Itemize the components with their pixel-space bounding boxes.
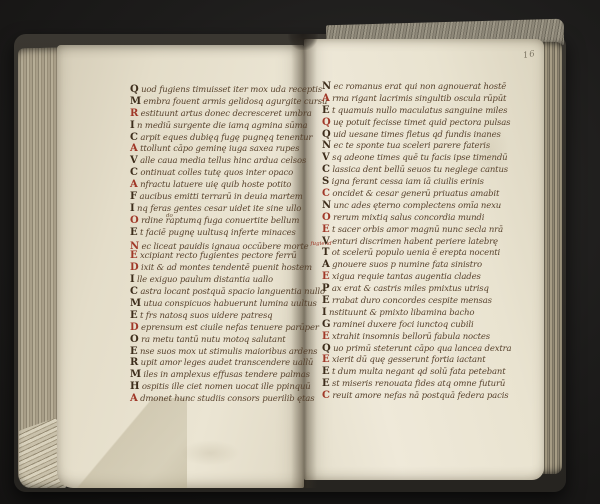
line-text: astra locant postquā spacio languentia n… (140, 287, 325, 297)
line-text: unc ades ęterno complectens omīa nexu (334, 201, 502, 211)
line-text: t sacer orbis amor magnū nunc secla nrā (332, 225, 503, 235)
line-text: embra fouent armis gelidosq agurgite cur… (143, 97, 327, 107)
line-text: iles in amplexus effusas tendere palmas (143, 370, 309, 380)
manuscript-line: Mutua conspicuos habuerunt lumina uultus (130, 298, 332, 310)
line-initial: E (130, 346, 137, 357)
manuscript-line: Carpit eques dubięq fugę pugnęq tenentur (130, 132, 332, 144)
line-text: xigua requie tantas augentia clades (332, 272, 481, 282)
manuscript-line: Est miseris renouata fides atq omne futu… (322, 378, 511, 390)
manuscript-line: Attollunt cāpo geminę iuga saxea rupes (130, 143, 332, 155)
manuscript-line: Nec romanus erat qui non agnouerat hostē (322, 81, 511, 93)
line-text: n mediū surgente die iamq agmina sūma (137, 121, 307, 131)
line-initial: R (130, 108, 138, 119)
line-text: gnouere suos p numine fata sinistro (332, 260, 482, 270)
line-text: t dum multa negant qd solū fata petebant (332, 367, 506, 377)
line-initial: N (322, 140, 331, 151)
line-text: nse suos mox ut stimulis maioribus arden… (140, 347, 317, 357)
line-initial: C (130, 132, 138, 143)
line-initial: I (322, 307, 327, 318)
manuscript-line: Classica dent bellū seuos tu neglege can… (322, 164, 511, 176)
line-initial: I (130, 274, 135, 285)
line-initial: V (322, 152, 330, 163)
line-initial: V (322, 236, 330, 247)
manuscript-line: In mediū surgente die iamq agmina sūma (130, 120, 332, 132)
manuscript-line: Dixit & ad montes tendentē puenit hostem (130, 262, 332, 274)
line-initial: C (130, 286, 138, 297)
manuscript-line: Instituunt & pmixto libamina bacho (322, 307, 511, 319)
line-initial: G (322, 319, 330, 330)
line-initial: E (322, 378, 329, 389)
line-initial: E (322, 271, 329, 282)
line-text: ra metu tantū nutu motoq salutant (141, 335, 286, 345)
line-initial: A (322, 259, 330, 270)
line-text: upit amor leges audet transcendere uallū (141, 358, 314, 368)
line-text: rerum mixtiq salus concordia mundi (333, 213, 484, 223)
line-text: ec romanus erat qui non agnouerat hostē (334, 82, 507, 92)
line-initial: P (322, 283, 329, 294)
line-initial: A (130, 143, 138, 154)
line-text: uo primū steterunt cāpo qua lancea dextr… (333, 344, 511, 354)
line-initial: E (130, 227, 137, 238)
manuscript-line: Agnouere suos p numine fata sinistro (322, 259, 511, 271)
line-text: lle exiguo paulum distantia uallo (137, 275, 273, 285)
manuscript-photo: Quod fugiens timuisset iter mox uda rece… (0, 0, 600, 504)
manuscript-line: Signa ferant cessa iam iā ciuilis erinis (322, 176, 511, 188)
manuscript-line: Quid uesane times fletus qd fundis inane… (322, 129, 511, 141)
manuscript-line: Continuat colles tutę quos inter opaco (130, 167, 332, 179)
manuscript-line: Admonet hunc studiis consors puerilib ęt… (130, 393, 332, 405)
line-initial: O (130, 334, 139, 345)
line-text: nfractu latuere uię quib hoste potito (140, 180, 291, 190)
line-initial: C (322, 188, 330, 199)
line-text: sq adeone times quē tu facis ipse timend… (332, 153, 507, 163)
line-initial: D (130, 322, 139, 333)
manuscript-line: Deprensum est ciuile nefas tenuere parūp… (130, 322, 332, 334)
line-text: xierit dū quę gesserunt fortia iactant (332, 355, 486, 365)
line-text: rdine raptumq fuga conuertite bellum (141, 216, 299, 226)
line-text: ontinuat colles tutę quos inter opaco (140, 168, 293, 178)
line-initial: M (130, 369, 141, 380)
manuscript-line: Membra fouent armis gelidosq agurgite cu… (130, 96, 332, 108)
line-text: reuit amore nefas nā postquā federa paci… (332, 391, 508, 401)
line-text: utua conspicuos habuerunt lumina uultus (143, 299, 316, 309)
manuscript-line: Venturi discrimen habent periere latebrę (322, 236, 511, 248)
line-text: st miseris renouata fides atq omne futur… (332, 379, 505, 389)
manuscript-line: Extrahit insomnis bellorū fabula noctes (322, 331, 511, 343)
line-text: uę potuit fecisse timet quid pectora pul… (333, 118, 510, 128)
line-text: oncidet & cesar generū priuatus amabit (332, 189, 499, 199)
manuscript-line: Et frs natosq suos uidere patresq (130, 310, 332, 322)
manuscript-line: Anfractu latuere uię quib hoste potito (130, 179, 332, 191)
line-initial: I (130, 203, 135, 214)
line-text: ixit & ad montes tendentē puenit hostem (141, 263, 312, 273)
line-initial: E (322, 224, 329, 235)
line-initial: Q (322, 343, 331, 354)
manuscript-line: Valle caua media tellus hinc ardua celso… (130, 155, 332, 167)
interlinear-gloss: do (166, 211, 173, 223)
manuscript-line: Creuit amore nefas nā postquā federa pac… (322, 390, 511, 402)
line-text: xtrahit insomnis bellorū fabula noctes (332, 332, 490, 342)
manuscript-line: Ille exiguo paulum distantia uallo (130, 274, 332, 286)
line-initial: I (130, 120, 135, 131)
line-initial: E (130, 250, 137, 261)
line-initial: E (322, 295, 329, 306)
line-initial: H (130, 381, 139, 392)
line-text: aucibus emitti terrarū in deuia martem (139, 192, 302, 202)
manuscript-line: Vsq adeone times quē tu facis ipse timen… (322, 152, 511, 164)
manuscript-line: Exigua requie tantas augentia clades (322, 271, 511, 283)
manuscript-line: Quod fugiens timuisset iter mox uda rece… (130, 84, 332, 96)
line-text: nstituunt & pmixto libamina bacho (329, 308, 474, 318)
line-text: t quamuis nullo maculatus sanguine miles (332, 106, 507, 116)
line-initial: E (322, 366, 329, 377)
right-page-stack-edge (543, 42, 562, 474)
line-initial: D (130, 262, 139, 273)
line-initial: E (322, 354, 329, 365)
line-initial: O (322, 212, 331, 223)
right-page-text-column: Nec romanus erat qui non agnouerat hostē… (322, 81, 511, 402)
manuscript-line: Pax erat & castris miles pmixtus utrisq (322, 283, 511, 295)
manuscript-line: Faucibus emitti terrarū in deuia martem (130, 191, 332, 203)
manuscript-line: Et sacer orbis amor magnū nunc secla nrā (322, 224, 511, 236)
line-initial: S (322, 176, 329, 187)
line-text: ec te sponte tua sceleri parere fateris (334, 141, 491, 151)
line-initial: A (130, 393, 138, 404)
manuscript-line: Hospitis ille ciet nomen uocat ille ppin… (130, 381, 332, 393)
line-initial: E (130, 310, 137, 321)
manuscript-line: Quo primū steterunt cāpo qua lancea dext… (322, 343, 511, 355)
gutter-top-notch (288, 34, 318, 50)
line-initial: T (322, 247, 329, 258)
manuscript-line: Excipiant recto fugientes pectore ferrū (130, 250, 332, 262)
line-text: ttollunt cāpo geminę iuga saxea rupes (140, 144, 299, 154)
line-text: igna ferant cessa iam iā ciuilis erinis (332, 177, 484, 187)
manuscript-line: Orerum mixtiq salus concordia mundi (322, 212, 511, 224)
manuscript-line: Restituunt artus donec decresceret umbra (130, 108, 332, 120)
line-text: ospitis ille ciet nomen uocat ille ppinq… (142, 382, 311, 392)
line-initial: M (130, 298, 141, 309)
line-initial: N (322, 200, 331, 211)
line-initial: C (130, 167, 138, 178)
manuscript-line: Miles in amplexus effusas tendere palmas (130, 369, 332, 381)
line-text: dmonet hunc studiis consors puerilib ęta… (140, 394, 314, 404)
line-text: estituunt artus donec decresceret umbra (141, 109, 312, 119)
line-initial: A (322, 93, 330, 104)
line-text: t frs natosq suos uidere patresq (140, 311, 272, 321)
line-text: xcipiant recto fugientes pectore ferrū (140, 251, 297, 261)
line-text: lassica dent bellū seuos tu neglege cant… (332, 165, 508, 175)
line-initial: O (130, 215, 139, 226)
line-text: ax erat & castris miles pmixtus utrisq (332, 284, 489, 294)
manuscript-line: Concidet & cesar generū priuatus amabit (322, 188, 511, 200)
line-text: rrabat duro concordes cespite mensas (332, 296, 492, 306)
line-initial: V (130, 155, 138, 166)
manuscript-line: Exierit dū quę gesserunt fortia iactant (322, 354, 511, 366)
line-initial: Q (322, 129, 331, 140)
line-text: nq feras gentes cesar uidet ite sine ull… (137, 204, 301, 214)
line-initial: A (130, 179, 138, 190)
line-initial: E (322, 105, 329, 116)
line-initial: C (322, 164, 330, 175)
manuscript-line: Ense suos mox ut stimulis maioribus arde… (130, 346, 332, 358)
manuscript-line: Ora metu tantū nutu motoq salutant (130, 334, 332, 346)
line-text: eprensum est ciuile nefas tenuere parūpe… (141, 323, 319, 333)
manuscript-line: Nunc ades ęterno complectens omīa nexu (322, 200, 511, 212)
line-text: rma rigant lacrimis singultib oscula rūp… (332, 94, 506, 104)
line-initial: Q (130, 84, 139, 95)
manuscript-line: Arma rigant lacrimis singultib oscula rū… (322, 93, 511, 105)
manuscript-line: Nec liceat pauidis ignaua occūbere morte… (130, 239, 332, 251)
manuscript-line: Et dum multa negant qd solū fata peteban… (322, 366, 511, 378)
left-page-text-column: Quod fugiens timuisset iter mox uda rece… (130, 84, 332, 405)
manuscript-line: Castra locant postquā spacio languentia … (130, 286, 332, 298)
manuscript-line: Nec te sponte tua sceleri parere fateris (322, 140, 511, 152)
line-initial: E (322, 331, 329, 342)
line-initial: M (130, 96, 141, 107)
manuscript-line: Rupit amor leges audet transcendere uall… (130, 357, 332, 369)
line-initial: C (322, 390, 330, 401)
manuscript-line: Inq feras gentes cesar uidet ite sine ul… (130, 203, 332, 215)
line-initial: F (130, 191, 137, 202)
manuscript-line: Graminei duxere foci iunctoq cubili (322, 319, 511, 331)
line-initial: R (130, 357, 138, 368)
manuscript-line: Tot scelerū populo uenia ē erepta nocent… (322, 247, 511, 259)
line-text: enturi discrimen habent periere latebrę (332, 237, 498, 247)
line-initial: Q (322, 117, 331, 128)
line-initial: N (322, 81, 331, 92)
manuscript-line: Quę potuit fecisse timet quid pectora pu… (322, 117, 511, 129)
line-text: uod fugiens timuisset iter mox uda recep… (141, 85, 322, 95)
manuscript-line: Et faciē pugnę uultusq inferte minaces (130, 227, 332, 239)
line-text: alle caua media tellus hinc ardua celsos (140, 156, 306, 166)
manuscript-line: Et quamuis nullo maculatus sanguine mile… (322, 105, 511, 117)
line-text: raminei duxere foci iunctoq cubili (333, 320, 474, 330)
manuscript-line: Ordine raptumq fuga conuertite bellumdo (130, 215, 332, 227)
line-text: arpit eques dubięq fugę pugnęq tenentur (140, 133, 312, 143)
line-text: ot scelerū populo uenia ē erepta nocenti (332, 248, 500, 258)
line-text: t faciē pugnę uultusq inferte minaces (140, 228, 296, 238)
manuscript-line: Errabat duro concordes cespite mensas (322, 295, 511, 307)
line-text: uid uesane times fletus qd fundis inanes (333, 130, 501, 140)
